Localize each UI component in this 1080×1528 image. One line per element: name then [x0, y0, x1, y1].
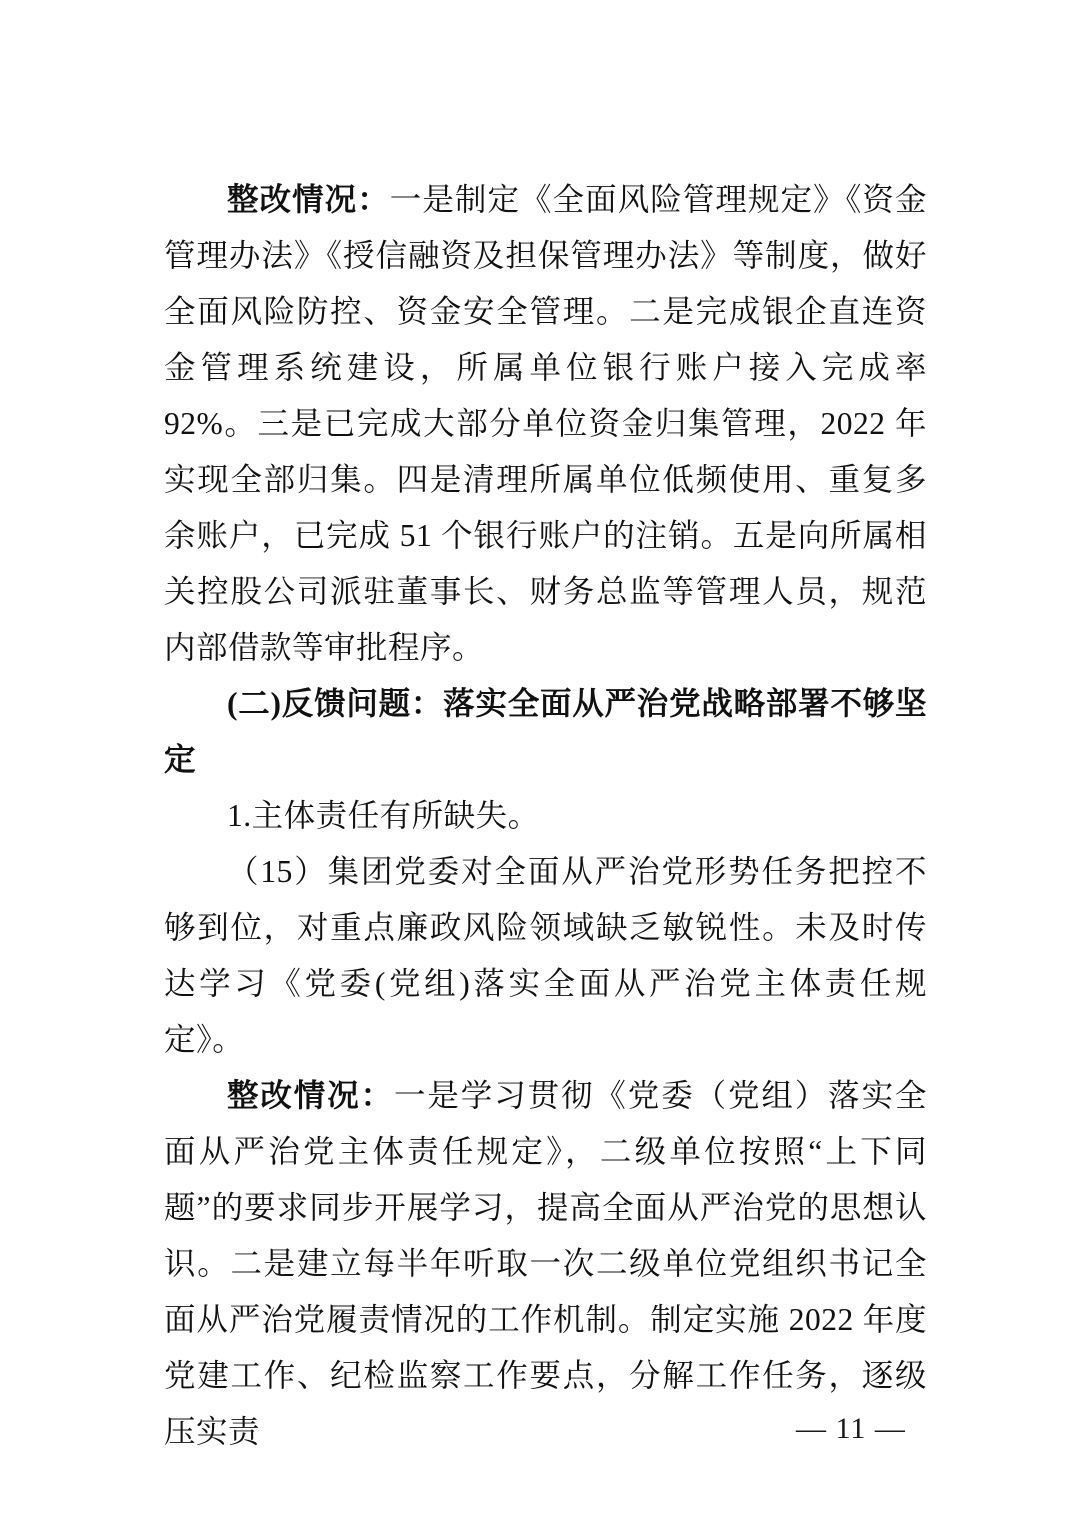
page-number: — 11 —	[796, 1412, 936, 1446]
subheading-main-responsibility: 1.主体责任有所缺失。	[164, 788, 927, 844]
scanned-document-page: 整改情况：一是制定《全面风险管理规定》《资金管理办法》《授信融资及担保管理办法》…	[0, 0, 1080, 1528]
paragraph-rectification-status-1: 整改情况：一是制定《全面风险管理规定》《资金管理办法》《授信融资及担保管理办法》…	[164, 172, 927, 676]
paragraph-text: 一是制定《全面风险管理规定》《资金管理办法》《授信融资及担保管理办法》等制度，做…	[164, 182, 927, 665]
document-body: 整改情况：一是制定《全面风险管理规定》《资金管理办法》《授信融资及担保管理办法》…	[164, 172, 927, 1460]
paragraph-bold-lead: 整改情况：	[227, 1078, 394, 1113]
paragraph-text: 一是学习贯彻《党委（党组）落实全面从严治党主体责任规定》，二级单位按照“上下同题…	[164, 1078, 927, 1449]
paragraph-rectification-status-2: 整改情况：一是学习贯彻《党委（党组）落实全面从严治党主体责任规定》，二级单位按照…	[164, 1068, 927, 1460]
paragraph-bold-lead: 整改情况：	[227, 182, 390, 217]
heading-feedback-issue: (二)反馈问题：落实全面从严治党战略部署不够坚定	[164, 676, 927, 788]
paragraph-item-15: （15）集团党委对全面从严治党形势任务把控不够到位，对重点廉政风险领域缺乏敏锐性…	[164, 844, 927, 1068]
